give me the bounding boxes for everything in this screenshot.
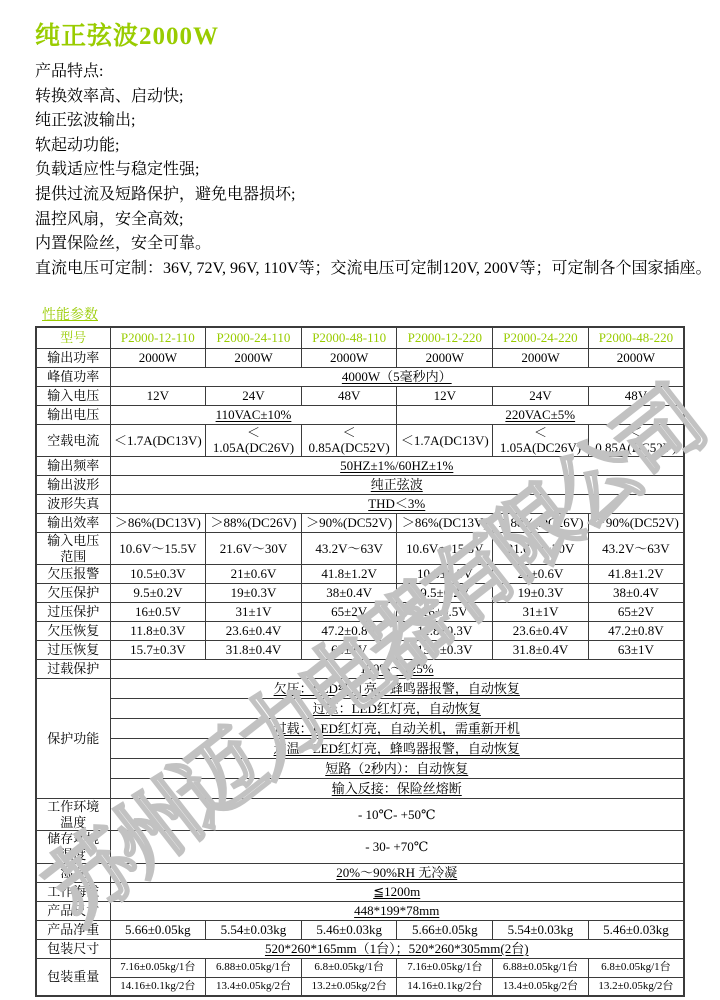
spec-value: 7.16±0.05kg/1台 [110,958,206,977]
spec-row-output-waveform: 输出波形 纯正弦波 [36,476,684,495]
spec-value: 21.6V～30V [493,533,589,565]
spec-value: 50HZ±1%/60HZ±1% [110,457,684,476]
spec-value: 20%～90%RH 无冷凝 [110,863,684,882]
spec-value: 6.8±0.05kg/1台 [301,958,397,977]
protection-item: 欠压：LED红灯亮，蜂鸣器报警，自动恢复 [110,679,684,699]
spec-value: 4000W（5毫秒内） [110,367,684,386]
spec-row-protection-functions: 过温：LED红灯亮，蜂鸣器报警，自动恢复 [36,739,684,759]
spec-value: 19±0.3V [493,584,589,603]
spec-value: ≦1200m [110,882,684,901]
spec-value: 2000W [588,348,684,367]
spec-value: 31±1V [206,603,302,622]
spec-value: 16±0.5V [110,603,206,622]
feature-line: 提供过流及短路保护，避免电器损坏; [35,183,720,208]
spec-value: 120%～125% [110,660,684,679]
spec-value: ＞86%(DC13V) [397,514,493,533]
spec-row-over-voltage-protection: 过压保护 16±0.5V 31±1V 65±2V 16±0.5V 31±1V 6… [36,603,684,622]
spec-label: 输入电压 范围 [36,533,110,565]
spec-value: 5.66±0.05kg [110,920,206,939]
product-features: 产品特点: 转换效率高、启动快; 纯正弦波输出; 软起动功能; 负载适应性与稳定… [35,60,720,281]
spec-value: 31.8±0.4V [206,641,302,660]
features-heading: 产品特点: [35,60,720,85]
model-name: P2000-48-110 [301,327,397,348]
spec-row-low-voltage-alarm: 欠压报警 10.5±0.3V 21±0.6V 41.8±1.2V 10.5±0.… [36,565,684,584]
spec-label: 工作环境 温度 [36,799,110,831]
spec-label: 过压恢复 [36,641,110,660]
spec-value: 65±2V [588,603,684,622]
spec-value: THD＜3% [110,495,684,514]
spec-value: ＞88%(DC26V) [206,514,302,533]
spec-label: 输出效率 [36,514,110,533]
spec-value: - 30- +70℃ [110,831,684,863]
spec-label: 输出功率 [36,348,110,367]
spec-row-peak-power: 峰值功率 4000W（5毫秒内） [36,367,684,386]
spec-row-working-temp: 工作环境 温度 - 10℃- +50℃ [36,799,684,831]
spec-row-altitude: 工作海拔 ≦1200m [36,882,684,901]
spec-value: 48V [301,386,397,405]
spec-row-output-frequency: 输出频率 50HZ±1%/60HZ±1% [36,457,684,476]
spec-value: 10.5±0.3V [397,565,493,584]
spec-value: 13.2±0.05kg/2台 [301,977,397,996]
spec-value: 24V [493,386,589,405]
spec-value: - 10℃- +50℃ [110,799,684,831]
spec-value: 41.8±1.2V [301,565,397,584]
spec-row-input-voltage: 输入电压 12V 24V 48V 12V 24V 48V [36,386,684,405]
spec-value: 16±0.5V [397,603,493,622]
spec-label: 空载电流 [36,424,110,456]
spec-value: 520*260*165mm（1台）；520*260*305mm(2台) [110,939,684,958]
spec-value: 41.8±1.2V [588,565,684,584]
page-title: 纯正弦波2000W [35,16,720,52]
spec-value: 5.46±0.03kg [588,920,684,939]
spec-value: 448*199*78mm [110,901,684,920]
spec-value: 10.6V～15.5V [397,533,493,565]
feature-line: 内置保险丝，安全可靠。 [35,232,720,257]
spec-row-overload-protection: 过载保护 120%～125% [36,660,684,679]
spec-value: 5.54±0.03kg [493,920,589,939]
spec-value: 6.8±0.05kg/1台 [588,958,684,977]
spec-value: 2000W [206,348,302,367]
spec-value: 220VAC±5% [397,405,684,424]
feature-line: 纯正弦波输出; [35,109,720,134]
spec-value: 10.5±0.3V [110,565,206,584]
customization-note: 直流电压可定制：36V, 72V, 96V, 110V等；交流电压可定制120V… [35,257,720,282]
spec-row-output-power: 输出功率 2000W 2000W 2000W 2000W 2000W 2000W [36,348,684,367]
spec-value: ＜1.05A(DC26V) [493,424,589,456]
section-caption: 性能参数 [42,304,98,324]
spec-value: 13.4±0.05kg/2台 [493,977,589,996]
spec-row-protection-functions: 输入反接：保险丝熔断 [36,779,684,799]
spec-value: 24V [206,386,302,405]
spec-row-no-load-current: 空载电流 ＜1.7A(DC13V) ＜1.05A(DC26V) ＜0.85A(D… [36,424,684,456]
spec-row-input-voltage-range: 输入电压 范围 10.6V～15.5V 21.6V～30V 43.2V～63V … [36,533,684,565]
spec-row-low-voltage-protection: 欠压保护 9.5±0.2V 19±0.3V 38±0.4V 9.5±0.2V 1… [36,584,684,603]
spec-value: 31±1V [493,603,589,622]
spec-value: 11.8±0.3V [110,622,206,641]
spec-value: ＜1.7A(DC13V) [110,424,206,456]
spec-label: 过载保护 [36,660,110,679]
spec-label: 包装尺寸 [36,939,110,958]
protection-item: 输入反接：保险丝熔断 [110,779,684,799]
spec-value: 14.16±0.1kg/2台 [397,977,493,996]
spec-label: 欠压恢复 [36,622,110,641]
spec-value: 12V [110,386,206,405]
spec-label: 工作海拔 [36,882,110,901]
spec-value: 5.66±0.05kg [397,920,493,939]
spec-value: 110VAC±10% [110,405,397,424]
model-name: P2000-12-110 [110,327,206,348]
spec-table: 型号 P2000-12-110 P2000-24-110 P2000-48-11… [35,326,685,997]
spec-value: ＞86%(DC13V) [110,514,206,533]
spec-value: 19±0.3V [206,584,302,603]
spec-value: 15.7±0.3V [110,641,206,660]
spec-row-protection-functions: 过压：LED红灯亮，自动恢复 [36,699,684,719]
spec-value: 47.2±0.8V [588,622,684,641]
spec-value: 7.16±0.05kg/1台 [397,958,493,977]
feature-line: 负载适应性与稳定性强; [35,158,720,183]
spec-value: 43.2V～63V [588,533,684,565]
spec-row-output-voltage: 输出电压 110VAC±10% 220VAC±5% [36,405,684,424]
spec-label: 输入电压 [36,386,110,405]
model-name: P2000-24-220 [493,327,589,348]
spec-value: 5.46±0.03kg [301,920,397,939]
spec-row-storage-temp: 储存环境 温度 - 30- +70℃ [36,831,684,863]
spec-row-net-weight: 产品净重 5.66±0.05kg 5.54±0.03kg 5.46±0.03kg… [36,920,684,939]
col-header-model: 型号 [36,327,110,348]
spec-row-humidity: 湿度 20%～90%RH 无冷凝 [36,863,684,882]
spec-row-protection-functions: 过载：LED红灯亮，自动关机，需重新开机 [36,719,684,739]
spec-value: 13.2±0.05kg/2台 [588,977,684,996]
spec-value: 23.6±0.4V [493,622,589,641]
spec-value: 13.4±0.05kg/2台 [206,977,302,996]
spec-header-row: 型号 P2000-12-110 P2000-24-110 P2000-48-11… [36,327,684,348]
spec-label: 包装重量 [36,958,110,996]
spec-row-package-size: 包装尺寸 520*260*165mm（1台）；520*260*305mm(2台) [36,939,684,958]
spec-row-over-voltage-recovery: 过压恢复 15.7±0.3V 31.8±0.4V 63±1V 15.7±0.3V… [36,641,684,660]
spec-label: 欠压报警 [36,565,110,584]
spec-value: 47.2±0.8V [301,622,397,641]
spec-row-package-weight: 包装重量 7.16±0.05kg/1台 6.88±0.05kg/1台 6.8±0… [36,958,684,977]
model-name: P2000-24-110 [206,327,302,348]
protection-item: 过压：LED红灯亮，自动恢复 [110,699,684,719]
spec-row-low-voltage-recovery: 欠压恢复 11.8±0.3V 23.6±0.4V 47.2±0.8V 11.8±… [36,622,684,641]
spec-value: 6.88±0.05kg/1台 [206,958,302,977]
spec-label: 输出频率 [36,457,110,476]
protection-item: 短路（2秒内）：自动恢复 [110,759,684,779]
spec-value: ＜0.85A(DC52V) [301,424,397,456]
spec-row-package-weight: 14.16±0.1kg/2台 13.4±0.05kg/2台 13.2±0.05k… [36,977,684,996]
spec-label: 输出波形 [36,476,110,495]
spec-value: 2000W [397,348,493,367]
feature-line: 转换效率高、启动快; [35,85,720,110]
spec-value: 9.5±0.2V [110,584,206,603]
spec-label: 过压保护 [36,603,110,622]
spec-value: 38±0.4V [588,584,684,603]
spec-value: 21±0.6V [493,565,589,584]
spec-value: 38±0.4V [301,584,397,603]
feature-line: 软起动功能; [35,134,720,159]
spec-value: ＞88%(DC26V) [493,514,589,533]
spec-label: 峰值功率 [36,367,110,386]
spec-value: 14.16±0.1kg/2台 [110,977,206,996]
spec-value: 31.8±0.4V [493,641,589,660]
spec-label: 储存环境 温度 [36,831,110,863]
spec-value: 21.6V～30V [206,533,302,565]
protection-item: 过载：LED红灯亮，自动关机，需重新开机 [110,719,684,739]
spec-value: 65±2V [301,603,397,622]
spec-value: 63±1V [588,641,684,660]
spec-value: 2000W [493,348,589,367]
model-name: P2000-48-220 [588,327,684,348]
spec-label: 保护功能 [36,679,110,799]
spec-label: 产品尺寸 [36,901,110,920]
spec-value: 21±0.6V [206,565,302,584]
spec-value: 9.5±0.2V [397,584,493,603]
spec-value: 43.2V～63V [301,533,397,565]
spec-label: 湿度 [36,863,110,882]
spec-value: 10.6V～15.5V [110,533,206,565]
spec-row-output-efficiency: 输出效率 ＞86%(DC13V) ＞88%(DC26V) ＞90%(DC52V)… [36,514,684,533]
spec-value: 48V [588,386,684,405]
spec-value: ＞90%(DC52V) [301,514,397,533]
spec-value: 15.7±0.3V [397,641,493,660]
spec-value: 23.6±0.4V [206,622,302,641]
document-page: 苏州迈力电器有限公司 纯正弦波2000W 产品特点: 转换效率高、启动快; 纯正… [0,0,720,1000]
spec-value: ＞90%(DC52V) [588,514,684,533]
spec-value: 纯正弦波 [110,476,684,495]
spec-row-product-size: 产品尺寸 448*199*78mm [36,901,684,920]
spec-value: 12V [397,386,493,405]
spec-value: 6.88±0.05kg/1台 [493,958,589,977]
spec-label: 输出电压 [36,405,110,424]
spec-value: 2000W [301,348,397,367]
spec-value: 11.8±0.3V [397,622,493,641]
spec-value: 63±1V [301,641,397,660]
feature-line: 温控风扇，安全高效; [35,208,720,233]
spec-label: 欠压保护 [36,584,110,603]
spec-value: ＜1.7A(DC13V) [397,424,493,456]
model-name: P2000-12-220 [397,327,493,348]
protection-item: 过温：LED红灯亮，蜂鸣器报警，自动恢复 [110,739,684,759]
spec-row-protection-functions: 短路（2秒内）：自动恢复 [36,759,684,779]
spec-value: 2000W [110,348,206,367]
spec-value: ＜1.05A(DC26V) [206,424,302,456]
spec-row-protection-functions: 保护功能 欠压：LED红灯亮，蜂鸣器报警，自动恢复 [36,679,684,699]
spec-value: 5.54±0.03kg [206,920,302,939]
spec-label: 产品净重 [36,920,110,939]
spec-label: 波形失真 [36,495,110,514]
spec-value: ＜0.85A(DC52V) [588,424,684,456]
spec-row-waveform-distortion: 波形失真 THD＜3% [36,495,684,514]
